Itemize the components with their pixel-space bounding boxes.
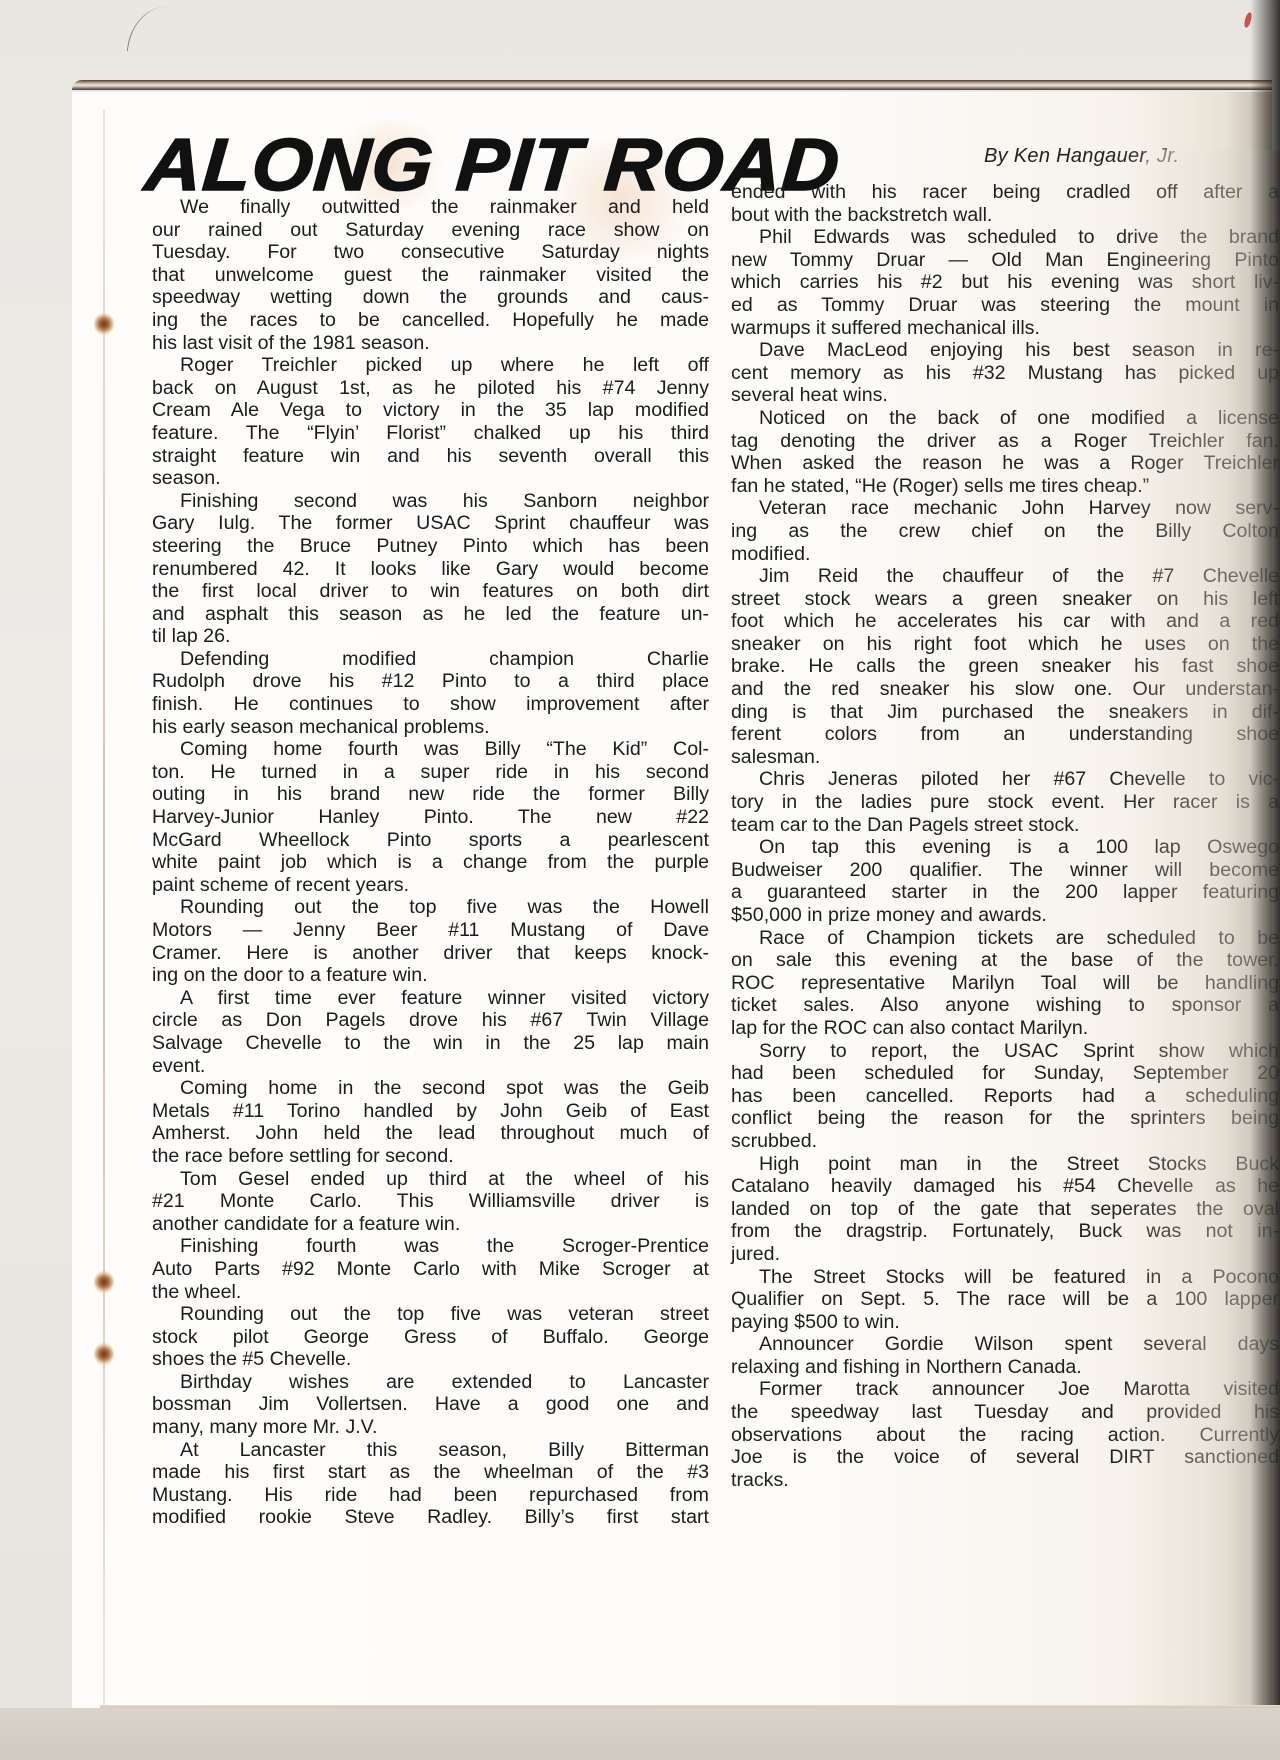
text-line: scrubbed. [731,1130,1279,1153]
text-line: speedway wetting down the grounds and ca… [152,286,709,309]
byline-suffix: , Jr. [1145,145,1179,167]
text-line: Coming home in the second spot was the G… [152,1077,709,1100]
text-line: Coming home fourth was Billy “The Kid” C… [152,738,709,761]
text-line: the race before settling for second. [152,1145,709,1168]
text-line: Joe is the voice of several DIRT sanctio… [731,1446,1279,1469]
text-line: Cramer. Here is another driver that keep… [152,942,709,965]
text-line: til lap 26. [152,625,709,648]
text-line: season. [152,467,709,490]
text-line: cent memory as his #32 Mustang has picke… [731,362,1279,385]
text-line: Rounding out the top five was the Howell [152,896,709,919]
text-line: tag denoting the driver as a Roger Treic… [731,430,1279,453]
text-line: that unwelcome guest the rainmaker visit… [152,264,709,287]
text-line: Veteran race mechanic John Harvey now se… [731,497,1279,520]
text-line: Amherst. John held the lead throughout m… [152,1122,709,1145]
text-line: jured. [731,1243,1279,1266]
staple-rust-mark [94,1342,114,1366]
text-line: Motors — Jenny Beer #11 Mustang of Dave [152,919,709,942]
text-line: Jim Reid the chauffeur of the #7 Chevell… [731,565,1279,588]
text-line: relaxing and fishing in Northern Canada. [731,1356,1279,1379]
text-line: the wheel. [152,1281,709,1304]
text-line: observations about the racing action. Cu… [731,1424,1279,1447]
text-line: the speedway last Tuesday and provided h… [731,1401,1279,1424]
text-line: several heat wins. [731,384,1279,407]
text-line: fan he stated, “He (Roger) sells me tire… [731,475,1279,498]
text-line: #21 Monte Carlo. This Williamsville driv… [152,1190,709,1213]
text-line: brake. He calls the green sneaker his fa… [731,655,1279,678]
page-binding-fold [103,110,105,1705]
text-line: the first local driver to win features o… [152,580,709,603]
text-line: Announcer Gordie Wilson spent several da… [731,1333,1279,1356]
text-line: made his first start as the wheelman of … [152,1461,709,1484]
text-line: Tuesday. For two consecutive Saturday ni… [152,241,709,264]
text-line: from the dragstrip. Fortunately, Buck wa… [731,1220,1279,1243]
byline-author: By Ken Hangauer [984,145,1145,167]
text-line: Mustang. His ride had been repurchased f… [152,1484,709,1507]
text-line: Race of Champion tickets are scheduled t… [731,927,1279,950]
text-line: Finishing fourth was the Scroger-Prentic… [152,1235,709,1258]
text-line: Chris Jeneras piloted her #67 Chevelle t… [731,768,1279,791]
text-line: Roger Treichler picked up where he left … [152,354,709,377]
text-line: ed as Tommy Druar was steering the mount… [731,294,1279,317]
text-line: A first time ever feature winner visited… [152,987,709,1010]
text-line: another candidate for a feature win. [152,1213,709,1236]
text-line: McGard Wheellock Pinto sports a pearlesc… [152,829,709,852]
text-line: Catalano heavily damaged his #54 Chevell… [731,1175,1279,1198]
text-line: High point man in the Street Stocks Buck [731,1153,1279,1176]
text-line: modified. [731,543,1279,566]
text-line: salesman. [731,746,1279,769]
text-line: finish. He continues to show improvement… [152,693,709,716]
text-line: Salvage Chevelle to the win in the 25 la… [152,1032,709,1055]
text-line: Auto Parts #92 Monte Carlo with Mike Scr… [152,1258,709,1281]
article-byline: By Ken Hangauer, Jr. [984,145,1179,168]
text-line: Defending modified champion Charlie [152,648,709,671]
text-line: steering the Bruce Putney Pinto which ha… [152,535,709,558]
text-line: Birthday wishes are extended to Lancaste… [152,1371,709,1394]
text-line: and asphalt this season as he led the fe… [152,603,709,626]
text-line: paint scheme of recent years. [152,874,709,897]
text-line: renumbered 42. It looks like Gary would … [152,558,709,581]
text-line: ended with his racer being cradled off a… [731,181,1279,204]
text-line: Cream Ale Vega to victory in the 35 lap … [152,399,709,422]
text-line: circle as Don Pagels drove his #67 Twin … [152,1009,709,1032]
article-column-right: ended with his racer being cradled off a… [731,181,1279,1491]
text-line: his early season mechanical problems. [152,716,709,739]
text-line: tory in the ladies pure stock event. Her… [731,791,1279,814]
text-line: event. [152,1055,709,1078]
text-line: When asked the reason he was a Roger Tre… [731,452,1279,475]
text-line: ing the races to be cancelled. Hopefully… [152,309,709,332]
text-line: ton. He turned in a super ride in his se… [152,761,709,784]
text-line: ROC representative Marilyn Toal will be … [731,972,1279,995]
text-line: Rudolph drove his #12 Pinto to a third p… [152,670,709,693]
text-line: Dave MacLeod enjoying his best season in… [731,339,1279,362]
text-line: ing on the door to a feature win. [152,964,709,987]
staple-rust-mark [94,312,114,336]
text-line: $50,000 in prize money and awards. [731,904,1279,927]
text-line: tracks. [731,1469,1279,1492]
text-line: back on August 1st, as he piloted his #7… [152,377,709,400]
text-line: ding is that Jim purchased the sneakers … [731,701,1279,724]
text-line: bossman Jim Vollertsen. Have a good one … [152,1393,709,1416]
text-line: At Lancaster this season, Billy Bitterma… [152,1439,709,1462]
text-line: Phil Edwards was scheduled to drive the … [731,226,1279,249]
text-line: Tom Gesel ended up third at the wheel of… [152,1168,709,1191]
text-line: straight feature win and his seventh ove… [152,445,709,468]
text-line: lap for the ROC can also contact Marilyn… [731,1017,1279,1040]
text-line: ticket sales. Also anyone wishing to spo… [731,994,1279,1017]
text-line: ferent colors from an understanding shoe [731,723,1279,746]
text-line: Noticed on the back of one modified a li… [731,407,1279,430]
text-line: shoes the #5 Chevelle. [152,1348,709,1371]
text-line: has been cancelled. Reports had a schedu… [731,1085,1279,1108]
text-line: Metals #11 Torino handled by John Geib o… [152,1100,709,1123]
text-line: Budweiser 200 qualifier. The winner will… [731,859,1279,882]
text-line: his last visit of the 1981 season. [152,332,709,355]
text-line: modified rookie Steve Radley. Billy’s fi… [152,1506,709,1529]
text-line: stock pilot George Gress of Buffalo. Geo… [152,1326,709,1349]
text-line: a guaranteed starter in the 200 lapper f… [731,881,1279,904]
text-line: sneaker on his right foot which he uses … [731,633,1279,656]
text-line: bout with the backstretch wall. [731,204,1279,227]
text-line: which carries his #2 but his evening was… [731,271,1279,294]
article-column-left: We finally outwitted the rainmaker and h… [152,196,709,1529]
text-line: many, many more Mr. J.V. [152,1416,709,1439]
text-line: paying $500 to win. [731,1311,1279,1334]
text-line: warmups it suffered mechanical ills. [731,317,1279,340]
text-line: Harvey-Junior Hanley Pinto. The new #22 [152,806,709,829]
text-line: team car to the Dan Pagels street stock. [731,814,1279,837]
text-line: Qualifier on Sept. 5. The race will be a… [731,1288,1279,1311]
text-line: had been scheduled for Sunday, September… [731,1062,1279,1085]
text-line: landed on top of the gate that seperates… [731,1198,1279,1221]
page-top-edge [72,80,1272,90]
page-edge-shadow [1250,0,1280,1760]
text-line: We finally outwitted the rainmaker and h… [152,196,709,219]
text-line: Finishing second was his Sanborn neighbo… [152,490,709,513]
scanner-bottom-margin [0,1708,1280,1760]
text-line: on sale this evening at the base of the … [731,949,1279,972]
text-line: and the red sneaker his slow one. Our un… [731,678,1279,701]
text-line: feature. The “Flyin’ Florist” chalked up… [152,422,709,445]
text-line: Former track announcer Joe Marotta visit… [731,1378,1279,1401]
text-line: new Tommy Druar — Old Man Engineering Pi… [731,249,1279,272]
staple-rust-mark [94,1270,114,1294]
text-line: foot which he accelerates his car with a… [731,610,1279,633]
text-line: Sorry to report, the USAC Sprint show wh… [731,1040,1279,1063]
text-line: Rounding out the top five was veteran st… [152,1303,709,1326]
text-line: outing in his brand new ride the former … [152,783,709,806]
text-line: ing as the crew chief on the Billy Colto… [731,520,1279,543]
text-line: The Street Stocks will be featured in a … [731,1266,1279,1289]
text-line: street stock wears a green sneaker on hi… [731,588,1279,611]
text-line: Gary Iulg. The former USAC Sprint chauff… [152,512,709,535]
text-line: our rained out Saturday evening race sho… [152,219,709,242]
text-line: On tap this evening is a 100 lap Oswego [731,836,1279,859]
text-line: conflict being the reason for the sprint… [731,1107,1279,1130]
text-line: white paint job which is a change from t… [152,851,709,874]
